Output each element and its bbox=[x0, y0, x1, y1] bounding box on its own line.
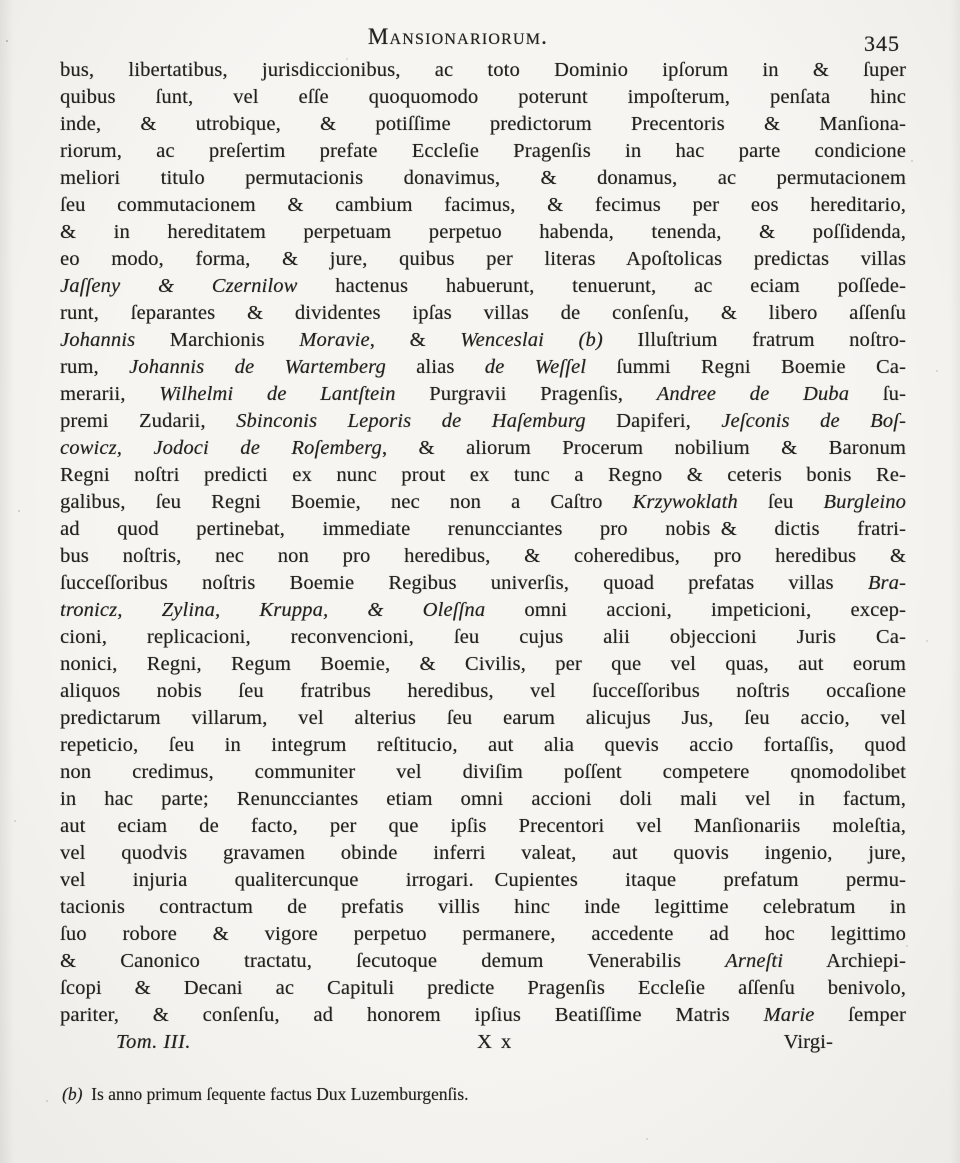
italic-text-run: Sbinconis Leporis de Haſemburg bbox=[236, 410, 586, 432]
text-run: quibus ſunt, vel eſſe quoquomodo poterun… bbox=[60, 86, 906, 108]
text-run: hactenus habuerunt, tenuerunt, ac eciam … bbox=[297, 275, 906, 297]
text-line: Regni noſtri predicti ex nunc prout ex t… bbox=[60, 462, 906, 489]
text-line: & Canonico tractatu, ſecutoque demum Ven… bbox=[60, 948, 906, 975]
text-run: Regni noſtri predicti ex nunc prout ex t… bbox=[60, 464, 906, 486]
italic-text-run: Jaſſeny & Czernilow bbox=[60, 275, 297, 297]
text-run: runt, ſeparantes & dividentes ipſas vill… bbox=[60, 302, 906, 324]
italic-text-run: de Weſſel bbox=[485, 356, 586, 378]
text-run: cioni, replicacioni, reconvencioni, ſeu … bbox=[60, 626, 906, 648]
text-line: merarii, Wilhelmi de Lantſtein Purgravii… bbox=[60, 381, 906, 408]
italic-text-run: Burgleino bbox=[823, 491, 906, 513]
text-line: & in hereditatem perpetuam perpetuo habe… bbox=[60, 219, 906, 246]
signature-mark: X x bbox=[477, 1029, 513, 1056]
text-line: non credimus, communiter vel diviſim poſ… bbox=[60, 759, 906, 786]
text-run: ſuo robore & vigore perpetuo permanere, … bbox=[60, 923, 906, 945]
text-run: bus noſtris, nec non pro heredibus, & co… bbox=[60, 545, 906, 567]
text-run: meliori titulo permutacionis donavimus, … bbox=[60, 167, 906, 189]
text-line: vel injuria qualitercunque irrogari. Cup… bbox=[60, 867, 906, 894]
text-run: vel quodvis gravamen obinde inferri vale… bbox=[60, 842, 906, 864]
text-run: & in hereditatem perpetuam perpetuo habe… bbox=[60, 221, 906, 243]
italic-text-run: Jeſconis de Boſ- bbox=[721, 410, 906, 432]
italic-text-run: Johannis de Wartemberg bbox=[129, 356, 386, 378]
text-run: in hac parte; Renuncciantes etiam omni a… bbox=[60, 788, 906, 810]
text-line: runt, ſeparantes & dividentes ipſas vill… bbox=[60, 300, 906, 327]
text-line: vel quodvis gravamen obinde inferri vale… bbox=[60, 840, 906, 867]
text-run: , & aliorum Procerum nobilium & Baronum bbox=[382, 437, 906, 459]
text-run: non credimus, communiter vel diviſim poſ… bbox=[60, 761, 906, 783]
text-line: predictarum villarum, vel alterius ſeu e… bbox=[60, 705, 906, 732]
text-run: Illuſtrium fratrum noſtro- bbox=[603, 329, 906, 351]
text-run: Is anno primum ſequente factus Dux Luzem… bbox=[82, 1084, 468, 1104]
italic-text-run: Wenceslai (b) bbox=[460, 329, 603, 351]
text-run: aliquos nobis ſeu fratribus heredibus, v… bbox=[60, 680, 906, 702]
text-run: ſu- bbox=[849, 383, 906, 405]
text-line: bus, libertatibus, jurisdiccionibus, ac … bbox=[60, 57, 906, 84]
text-run: merarii, bbox=[60, 383, 159, 405]
italic-text-run: (b) bbox=[62, 1084, 82, 1104]
text-run: & Canonico tractatu, ſecutoque demum Ven… bbox=[60, 950, 725, 972]
text-line: rum, Johannis de Wartemberg alias de Weſ… bbox=[60, 354, 906, 381]
text-run: nonici, Regni, Regum Boemie, & Civilis, … bbox=[60, 653, 906, 675]
catchword: Virgi- bbox=[784, 1029, 833, 1056]
text-line: meliori titulo permutacionis donavimus, … bbox=[60, 165, 906, 192]
italic-text-run: tronicz, Zylina, Kruppa, & Oleſſna bbox=[60, 599, 485, 621]
text-run: inde, & utrobique, & potiſſime predictor… bbox=[60, 113, 906, 135]
italic-text-run: Wilhelmi de Lantſtein bbox=[159, 383, 395, 405]
text-run: tacionis contractum de prefatis villis h… bbox=[60, 896, 906, 918]
text-run: omni accioni, impeticioni, excep- bbox=[485, 599, 906, 621]
text-line: premi Zudarii, Sbinconis Leporis de Haſe… bbox=[60, 408, 906, 435]
running-head: Mansionariorum. 345 bbox=[0, 22, 960, 56]
text-line: ſeu commutacionem & cambium facimus, & f… bbox=[60, 192, 906, 219]
text-line: quibus ſunt, vel eſſe quoquomodo poterun… bbox=[60, 84, 906, 111]
text-line: in hac parte; Renuncciantes etiam omni a… bbox=[60, 786, 906, 813]
italic-text-run: Moravie bbox=[299, 329, 370, 351]
text-lines: bus, libertatibus, jurisdiccionibus, ac … bbox=[60, 57, 906, 1029]
text-run: pariter, & conſenſu, ad honorem ipſius B… bbox=[60, 1004, 764, 1026]
text-run: , & bbox=[370, 329, 461, 351]
text-line: riorum, ac preſertim prefate Eccleſie Pr… bbox=[60, 138, 906, 165]
book-page-scan: Mansionariorum. 345 bus, libertatibus, j… bbox=[0, 0, 960, 1163]
italic-text-run: cowicz, Jodoci de Roſemberg bbox=[60, 437, 382, 459]
text-line: cowicz, Jodoci de Roſemberg, & aliorum P… bbox=[60, 435, 906, 462]
text-run: premi Zudarii, bbox=[60, 410, 236, 432]
text-run: riorum, ac preſertim prefate Eccleſie Pr… bbox=[60, 140, 906, 162]
text-run: Archiepi- bbox=[783, 950, 906, 972]
text-run: ſummi Regni Boemie Ca- bbox=[586, 356, 906, 378]
text-run: Dapiferi, bbox=[586, 410, 722, 432]
text-run: vel injuria qualitercunque irrogari. Cup… bbox=[60, 869, 906, 891]
page-header-title: Mansionariorum. bbox=[368, 24, 548, 50]
text-line: cioni, replicacioni, reconvencioni, ſeu … bbox=[60, 624, 906, 651]
italic-text-run: Marie bbox=[764, 1004, 815, 1026]
text-line: ſucceſſoribus noſtris Boemie Regibus uni… bbox=[60, 570, 906, 597]
text-run: aut eciam de facto, per que ipſis Precen… bbox=[60, 815, 906, 837]
text-line: tacionis contractum de prefatis villis h… bbox=[60, 894, 906, 921]
text-line: inde, & utrobique, & potiſſime predictor… bbox=[60, 111, 906, 138]
text-line: nonici, Regni, Regum Boemie, & Civilis, … bbox=[60, 651, 906, 678]
text-line: tronicz, Zylina, Kruppa, & Oleſſna omni … bbox=[60, 597, 906, 624]
text-run: galibus, ſeu Regni Boemie, nec non a Caſ… bbox=[60, 491, 633, 513]
tome-label: Tom. III. bbox=[116, 1029, 191, 1056]
italic-text-run: Krzywoklath bbox=[633, 491, 738, 513]
text-run: bus, libertatibus, jurisdiccionibus, ac … bbox=[60, 59, 906, 81]
text-run: ad quod pertinebat, immediate renunccian… bbox=[60, 518, 906, 540]
text-run: ſeu bbox=[738, 491, 824, 513]
italic-text-run: Johannis bbox=[60, 329, 135, 351]
text-run: alias bbox=[386, 356, 485, 378]
text-run: rum, bbox=[60, 356, 129, 378]
italic-text-run: Andree de Duba bbox=[657, 383, 849, 405]
signature-row: Tom. III. X x Virgi- bbox=[60, 1029, 906, 1056]
text-run: ſemper bbox=[814, 1004, 906, 1026]
text-line: Johannis Marchionis Moravie, & Wenceslai… bbox=[60, 327, 906, 354]
text-line: eo modo, forma, & jure, quibus per liter… bbox=[60, 246, 906, 273]
text-run: repeticio, ſeu in integrum reſtitucio, a… bbox=[60, 734, 906, 756]
text-line: galibus, ſeu Regni Boemie, nec non a Caſ… bbox=[60, 489, 906, 516]
text-line: aut eciam de facto, per que ipſis Precen… bbox=[60, 813, 906, 840]
text-line: bus noſtris, nec non pro heredibus, & co… bbox=[60, 543, 906, 570]
text-run: ſeu commutacionem & cambium facimus, & f… bbox=[60, 194, 906, 216]
text-run: Purgravii Pragenſis, bbox=[396, 383, 657, 405]
text-run: Marchionis bbox=[135, 329, 299, 351]
footnote: (b) Is anno primum ſequente factus Dux L… bbox=[62, 1082, 762, 1106]
text-line: Jaſſeny & Czernilow hactenus habuerunt, … bbox=[60, 273, 906, 300]
page-number: 345 bbox=[864, 31, 900, 57]
italic-text-run: Bra- bbox=[868, 572, 906, 594]
text-run: predictarum villarum, vel alterius ſeu e… bbox=[60, 707, 906, 729]
text-run: ſcopi & Decani ac Capituli predicte Prag… bbox=[60, 977, 906, 999]
text-line: ſuo robore & vigore perpetuo permanere, … bbox=[60, 921, 906, 948]
text-line: ſcopi & Decani ac Capituli predicte Prag… bbox=[60, 975, 906, 1002]
italic-text-run: Arneſti bbox=[725, 950, 783, 972]
text-line: aliquos nobis ſeu fratribus heredibus, v… bbox=[60, 678, 906, 705]
text-line: repeticio, ſeu in integrum reſtitucio, a… bbox=[60, 732, 906, 759]
body-text: bus, libertatibus, jurisdiccionibus, ac … bbox=[60, 57, 906, 1056]
text-run: eo modo, forma, & jure, quibus per liter… bbox=[60, 248, 906, 270]
text-line: ad quod pertinebat, immediate renunccian… bbox=[60, 516, 906, 543]
text-line: pariter, & conſenſu, ad honorem ipſius B… bbox=[60, 1002, 906, 1029]
text-run: ſucceſſoribus noſtris Boemie Regibus uni… bbox=[60, 572, 868, 594]
